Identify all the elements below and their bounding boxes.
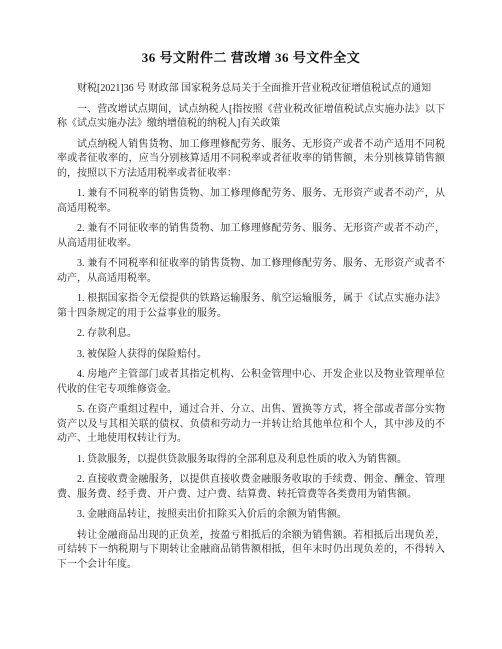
paragraph: 1. 贷款服务，以提供贷款服务取得的全部利息及利息性质的收入为销售额。: [57, 453, 445, 468]
document-title: 36 号文附件二 营改增 36 号文件全文: [57, 48, 445, 67]
paragraph: 3. 兼有不同税率和征收率的销售货物、加工修理修配劳务、服务、无形资产或者不动产…: [57, 257, 445, 286]
paragraph: 2. 兼有不同征收率的销售货物、加工修理修配劳务、服务、无形资产或者不动产，从高…: [57, 222, 445, 251]
paragraph: 1. 兼有不同税率的销售货物、加工修理修配劳务、服务、无形资产或者不动产，从高适…: [57, 187, 445, 216]
paragraph: 2. 直接收费金融服务，以提供直接收费金融服务收取的手续费、佣金、酬金、管理费、…: [57, 473, 445, 502]
paragraph: 转让金融商品出现的正负差，按盈亏相抵后的余额为销售额。若相抵后出现负差，可结转下…: [57, 529, 445, 573]
paragraph: 一、营改增试点期间，试点纳税人[指按照《营业税改征增值税试点实施办法》以下称《试…: [57, 103, 445, 132]
paragraph: 5. 在资产重组过程中，通过合并、分立、出售、置换等方式，将全部或者部分实物资产…: [57, 403, 445, 447]
document-page: 36 号文附件二 营改增 36 号文件全文 财税[2021]36 号 财政部 国…: [0, 0, 502, 649]
paragraph: 1. 根据国家指令无偿提供的铁路运输服务、航空运输服务，属于《试点实施办法》第十…: [57, 292, 445, 321]
paragraph: 3. 被保险人获得的保险赔付。: [57, 348, 445, 363]
paragraph: 2. 存款利息。: [57, 327, 445, 342]
paragraph: 试点纳税人销售货物、加工修理修配劳务、服务、无形资产或者不动产适用不同税率或者征…: [57, 138, 445, 182]
paragraph: 3. 金融商品转让，按照卖出价扣除买入价后的余额为销售额。: [57, 508, 445, 523]
paragraph: 财税[2021]36 号 财政部 国家税务总局关于全面推开营业税改征增值税试点的…: [57, 82, 445, 97]
paragraph: 4. 房地产主管部门或者其指定机构、公积金管理中心、开发企业以及物业管理单位代收…: [57, 368, 445, 397]
